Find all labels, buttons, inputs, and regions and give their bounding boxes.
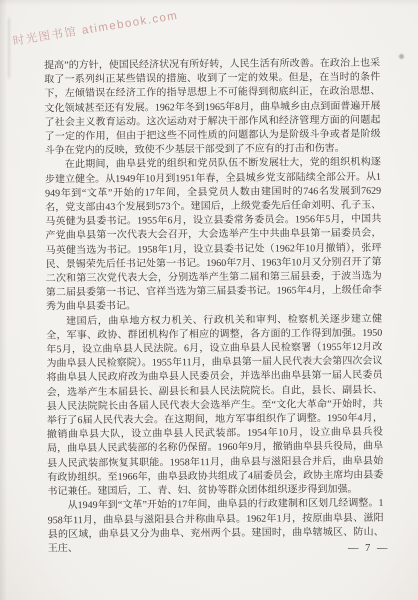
body-text-block: 提高”的方针，使国民经济状况有所好转，人民生活有所改善。在政治上也采取了一系列纠… <box>44 57 384 557</box>
paragraph-administrative-divisions: 从1949年到“文革”开始的17年间，曲阜县的行政建制和区划几经调整。1958年… <box>48 497 384 556</box>
page-number: — 7 — <box>347 543 389 554</box>
page-edge-shadow-left <box>0 0 7 600</box>
scanned-book-page: 时光图书馆 atimebook.com 提高”的方针，使国民经济状况有所好转，人… <box>0 0 418 600</box>
scan-artifact-dot <box>399 54 404 59</box>
page-edge-shadow-top <box>0 0 418 6</box>
paragraph-government-organs: 建国后，曲阜地方权力机关、行政机关和审判、检察机关逐步建立健全，军事、政协、群团… <box>46 312 383 499</box>
paragraph-party-organization: 在此期间，曲阜县党的组织和党员队伍不断发展壮大，党的组织机构逐步建立健全。从19… <box>45 156 382 315</box>
scan-artifact-smudge <box>8 18 10 78</box>
library-watermark: 时光图书馆 atimebook.com <box>12 7 180 49</box>
paragraph-continuation: 提高”的方针，使国民经济状况有所好转，人民生活有所改善。在政治上也采取了一系列纠… <box>44 57 381 159</box>
